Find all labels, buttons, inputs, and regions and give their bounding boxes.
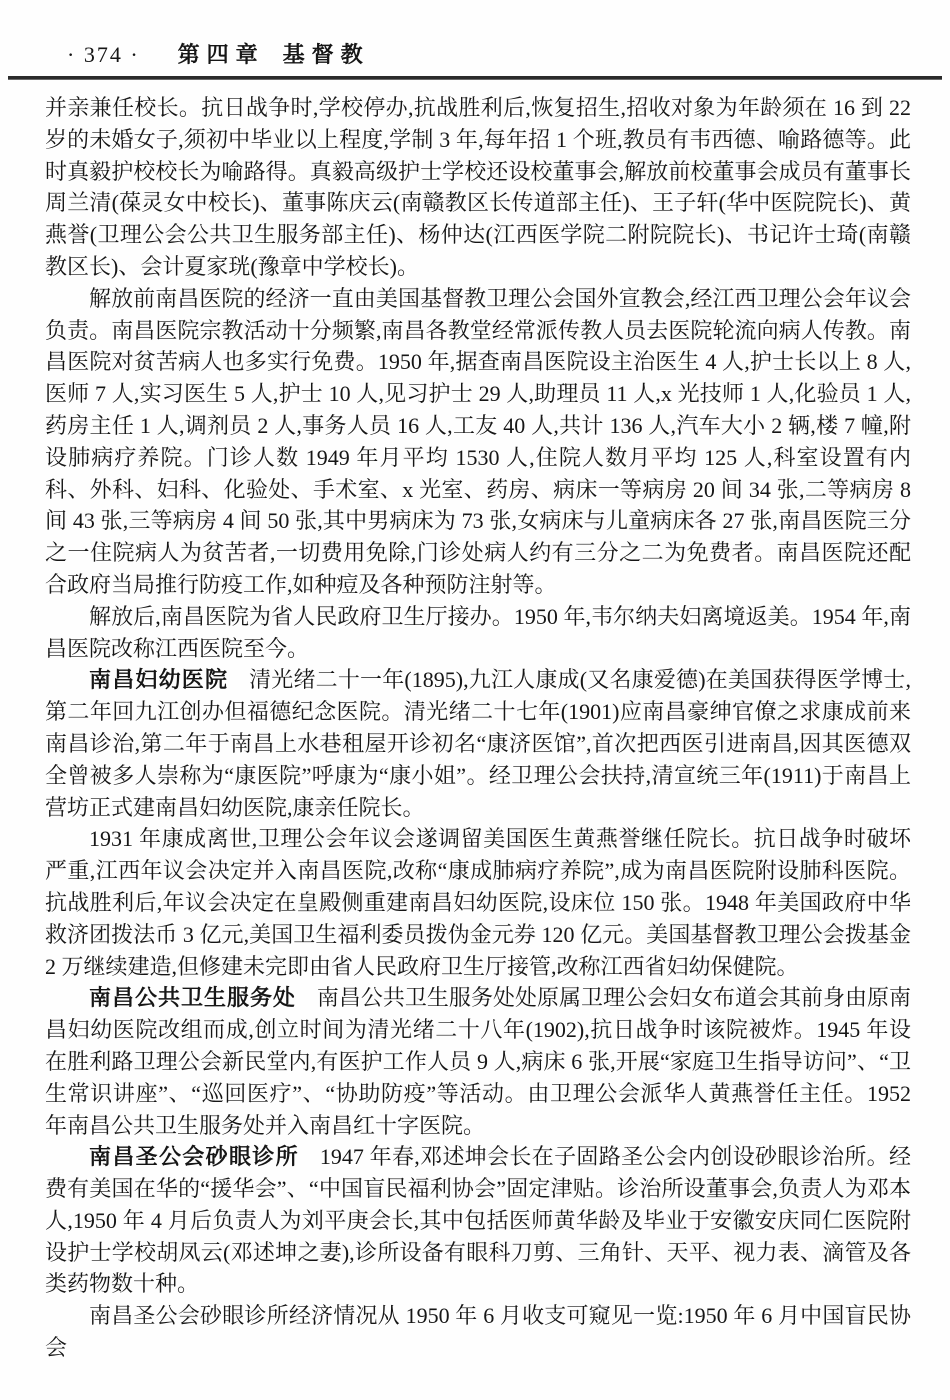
section-lead-maternity-hospital: 南昌妇幼医院 [89,667,228,692]
paragraph-text: 1931 年康成离世,卫理公会年议会遂调留美国医生黄燕誉继任院长。抗日战争时破坏… [45,826,911,978]
paragraph-continuation: 并亲兼任校长。抗日战争时,学校停办,抗战胜利后,恢复招生,招收对象为年龄须在 1… [45,92,911,283]
header-rule [8,76,942,80]
page-body: 并亲兼任校长。抗日战争时,学校停办,抗战胜利后,恢复招生,招收对象为年龄须在 1… [45,92,911,1364]
paragraph-nanchang-hospital-economy: 解放前南昌医院的经济一直由美国基督教卫理公会国外宣教会,经江西卫理公会年议会负责… [45,283,911,601]
paragraph-trachoma-clinic: 南昌圣公会砂眼诊所1947 年春,邓述坤会长在子固路圣公会内创设砂眼诊治所。经费… [45,1141,911,1300]
page-number: · 374 · [67,42,140,68]
paragraph-maternity-hospital: 南昌妇幼医院清光绪二十一年(1895),九江人康成(又名康爱德)在美国获得医学博… [45,664,911,823]
paragraph-text: 解放前南昌医院的经济一直由美国基督教卫理公会国外宣教会,经江西卫理公会年议会负责… [45,286,911,597]
paragraph-text: 南昌圣公会砂眼诊所经济情况从 1950 年 6 月收支可窥见一览:1950 年 … [45,1303,911,1360]
chapter-label: 第四章 [178,38,265,69]
section-lead-trachoma-clinic: 南昌圣公会砂眼诊所 [89,1144,299,1169]
paragraph-after-liberation: 解放后,南昌医院为省人民政府卫生厅接办。1950 年,韦尔纳夫妇离境返美。195… [45,601,911,665]
page-header: · 374 · 第四章 基督教 [45,38,910,69]
chapter-title: 基督教 [283,38,370,69]
paragraph-public-health-service: 南昌公共卫生服务处南昌公共卫生服务处处原属卫理公会妇女布道会其前身由原南昌妇幼医… [45,982,911,1141]
paragraph-text: 并亲兼任校长。抗日战争时,学校停办,抗战胜利后,恢复招生,招收对象为年龄须在 1… [45,95,911,279]
paragraph-1931-rebuild: 1931 年康成离世,卫理公会年议会遂调留美国医生黄燕誉继任院长。抗日战争时破坏… [45,823,911,982]
paragraph-clinic-finances: 南昌圣公会砂眼诊所经济情况从 1950 年 6 月收支可窥见一览:1950 年 … [45,1300,911,1364]
book-page: · 374 · 第四章 基督教 并亲兼任校长。抗日战争时,学校停办,抗战胜利后,… [0,0,950,1400]
section-lead-public-health-service: 南昌公共卫生服务处 [89,985,296,1010]
paragraph-text: 解放后,南昌医院为省人民政府卫生厅接办。1950 年,韦尔纳夫妇离境返美。195… [45,604,911,661]
